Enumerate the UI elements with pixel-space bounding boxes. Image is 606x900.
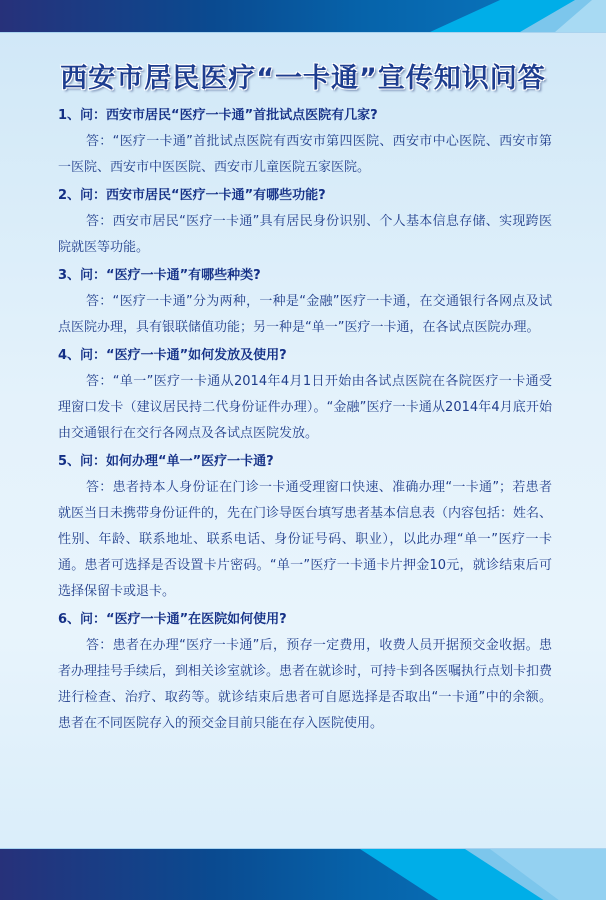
answer: 答：“医疗一卡通”分为两种，一种是“金融”医疗一卡通，在交通银行各网点及试点医院…	[58, 289, 552, 341]
qa-item: 2、问：西安市居民“医疗一卡通”有哪些功能? 答：西安市居民“医疗一卡通”具有居…	[58, 183, 552, 261]
answer: 答：“医疗一卡通”首批试点医院有西安市第四医院、西安市中心医院、西安市第一医院、…	[58, 129, 552, 181]
question: 3、问：“医疗一卡通”有哪些种类?	[58, 263, 552, 289]
question: 4、问：“医疗一卡通”如何发放及使用?	[58, 343, 552, 369]
answer: 答：患者在办理“医疗一卡通”后，预存一定费用，收费人员开据预交金收据。患者办理挂…	[58, 633, 552, 737]
qa-item: 3、问：“医疗一卡通”有哪些种类? 答：“医疗一卡通”分为两种，一种是“金融”医…	[58, 263, 552, 341]
answer: 答：患者持本人身份证在门诊一卡通受理窗口快速、准确办理“一卡通”；若患者就医当日…	[58, 475, 552, 605]
qa-list: 1、问：西安市居民“医疗一卡通”首批试点医院有几家? 答：“医疗一卡通”首批试点…	[58, 103, 552, 739]
answer: 答：西安市居民“医疗一卡通”具有居民身份识别、个人基本信息存储、实现跨医院就医等…	[58, 209, 552, 261]
question: 6、问：“医疗一卡通”在医院如何使用?	[58, 607, 552, 633]
question: 1、问：西安市居民“医疗一卡通”首批试点医院有几家?	[58, 103, 552, 129]
qa-item: 4、问：“医疗一卡通”如何发放及使用? 答：“单一”医疗一卡通从2014年4月1…	[58, 343, 552, 447]
qa-item: 1、问：西安市居民“医疗一卡通”首批试点医院有几家? 答：“医疗一卡通”首批试点…	[58, 103, 552, 181]
header-band	[0, 0, 606, 33]
question: 2、问：西安市居民“医疗一卡通”有哪些功能?	[58, 183, 552, 209]
qa-item: 6、问：“医疗一卡通”在医院如何使用? 答：患者在办理“医疗一卡通”后，预存一定…	[58, 607, 552, 737]
answer: 答：“单一”医疗一卡通从2014年4月1日开始由各试点医院在各院医疗一卡通受理窗…	[58, 369, 552, 447]
qa-item: 5、问：如何办理“单一”医疗一卡通? 答：患者持本人身份证在门诊一卡通受理窗口快…	[58, 449, 552, 605]
footer-band	[0, 848, 606, 900]
question: 5、问：如何办理“单一”医疗一卡通?	[58, 449, 552, 475]
wave-decoration-icon	[0, 0, 606, 32]
wave-decoration-icon	[0, 849, 606, 900]
page-title: 西安市居民医疗“一卡通”宣传知识问答	[0, 56, 606, 95]
